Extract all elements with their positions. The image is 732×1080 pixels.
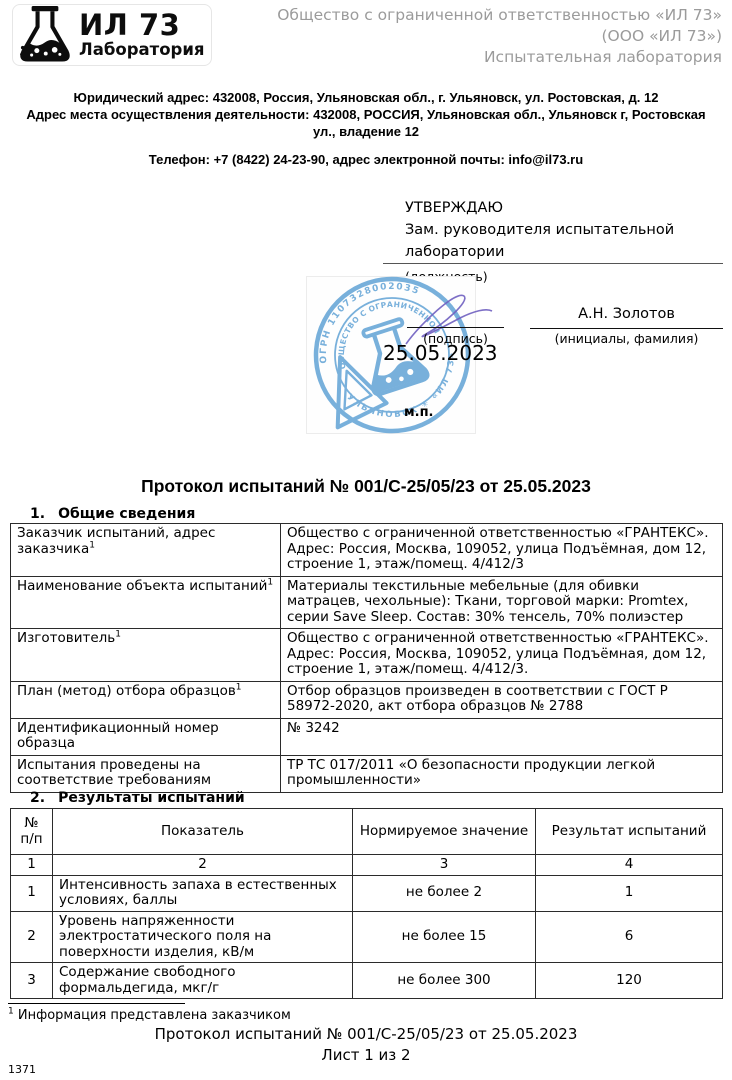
seal-place-mark: м.п. [404,405,434,420]
lab-logo-text: ИЛ 73 Лаборатория [79,10,205,60]
col-number: 3 [353,855,536,876]
org-header-line2: (ООО «ИЛ 73») [277,26,722,47]
activity-address: Адрес места осуществления деятельности: … [15,106,717,140]
results-table: № п/п Показатель Нормируемое значение Ре… [10,808,723,999]
name-caption: (инициалы, фамилия) [530,331,723,346]
result-row-indicator: Интенсивность запаха в естественных усло… [53,875,353,911]
flask-icon [19,6,71,64]
general-row-label: Идентификационный номер образца [11,718,281,755]
footnote-marker: 1 [267,577,273,587]
footnote-marker: 1 [236,682,242,692]
approval-block: УТВЕРЖДАЮ Зам. руководителя испытательно… [405,197,674,263]
contacts-block: Юридический адрес: 432008, Россия, Ульян… [15,89,717,168]
table-row: Идентификационный номер образца № 3242 [11,718,723,755]
org-header-line1: Общество с ограниченной ответственностью… [277,5,722,26]
section-2-heading: 2.Результаты испытаний [30,790,245,806]
signature-line [407,327,504,328]
lab-logo-subtitle: Лаборатория [79,40,205,60]
general-row-label: План (метод) отбора образцов1 [11,681,281,718]
general-row-value: Общество с ограниченной ответственностью… [281,524,723,577]
section-2-title: Результаты испытаний [58,790,245,806]
footnote-marker: 1 [115,630,121,640]
general-row-label: Испытания проведены на соответствие треб… [11,755,281,792]
general-info-table: Заказчик испытаний, адрес заказчика1 Общ… [10,523,723,793]
section-2-number: 2. [30,790,45,806]
results-numbering-row: 1 2 3 4 [11,855,723,876]
section-1-heading: 1.Общие сведения [30,506,195,522]
table-row: Заказчик испытаний, адрес заказчика1 Общ… [11,524,723,577]
lab-logo: ИЛ 73 Лаборатория [12,4,212,66]
table-row: 3 Содержание свободного формальдегида, м… [11,963,723,999]
form-number: 1371 [8,1063,36,1076]
general-row-label: Наименование объекта испытаний1 [11,576,281,629]
footer-sheet-line: Лист 1 из 2 [0,1046,732,1064]
result-row-num: 3 [11,963,53,999]
general-row-label: Заказчик испытаний, адрес заказчика1 [11,524,281,577]
result-row-result: 120 [536,963,723,999]
result-row-indicator: Уровень напряженности электростатическог… [53,911,353,963]
phone-email: Телефон: +7 (8422) 24-23-90, адрес элект… [15,151,717,168]
table-row: 2 Уровень напряженности электростатическ… [11,911,723,963]
approver-position-line2: лаборатории [405,241,674,263]
general-row-value: Материалы текстильные мебельные (для оби… [281,576,723,629]
result-row-indicator: Содержание свободного формальдегида, мкг… [53,963,353,999]
results-header-row: № п/п Показатель Нормируемое значение Ре… [11,809,723,855]
result-row-result: 1 [536,875,723,911]
footer-protocol-line: Протокол испытаний № 001/С-25/05/23 от 2… [0,1025,732,1043]
col-header-norm: Нормируемое значение [353,809,536,855]
table-row: Изготовитель1 Общество с ограниченной от… [11,629,723,682]
approver-name: А.Н. Золотов [530,306,723,322]
approval-heading: УТВЕРЖДАЮ [405,197,674,219]
general-row-value: Общество с ограниченной ответственностью… [281,629,723,682]
result-row-norm: не более 15 [353,911,536,963]
general-row-value: Отбор образцов произведен в соответствии… [281,681,723,718]
footnote: 1 Информация представлена заказчиком [8,1008,291,1023]
table-row: Наименование объекта испытаний1 Материал… [11,576,723,629]
col-number: 4 [536,855,723,876]
org-header: Общество с ограниченной ответственностью… [277,5,722,68]
position-underline [383,263,723,264]
col-header-indicator: Показатель [53,809,353,855]
col-number: 2 [53,855,353,876]
table-row: Испытания проведены на соответствие треб… [11,755,723,792]
col-number: 1 [11,855,53,876]
footnote-marker: 1 [89,540,95,550]
general-row-value: ТР ТС 017/2011 «О безопасности продукции… [281,755,723,792]
legal-address: Юридический адрес: 432008, Россия, Ульян… [15,89,717,106]
col-header-num: № п/п [11,809,53,855]
col-header-result: Результат испытаний [536,809,723,855]
approver-position-line1: Зам. руководителя испытательной [405,219,674,241]
footnote-rule [8,1003,185,1004]
table-row: План (метод) отбора образцов1 Отбор обра… [11,681,723,718]
protocol-page: ИЛ 73 Лаборатория Общество с ограниченно… [0,0,732,1080]
section-1-title: Общие сведения [58,506,195,522]
result-row-norm: не более 300 [353,963,536,999]
org-header-line3: Испытательная лаборатория [277,47,722,68]
approval-date: 25.05.2023 [383,341,498,365]
result-row-num: 2 [11,911,53,963]
section-1-number: 1. [30,506,45,522]
general-row-value: № 3242 [281,718,723,755]
lab-logo-title: ИЛ 73 [79,10,205,40]
name-line [530,328,723,329]
table-row: 1 Интенсивность запаха в естественных ус… [11,875,723,911]
result-row-num: 1 [11,875,53,911]
result-row-norm: не более 2 [353,875,536,911]
document-title: Протокол испытаний № 001/С-25/05/23 от 2… [0,476,732,497]
general-row-label: Изготовитель1 [11,629,281,682]
footnote-text: Информация представлена заказчиком [14,1008,291,1023]
result-row-result: 6 [536,911,723,963]
